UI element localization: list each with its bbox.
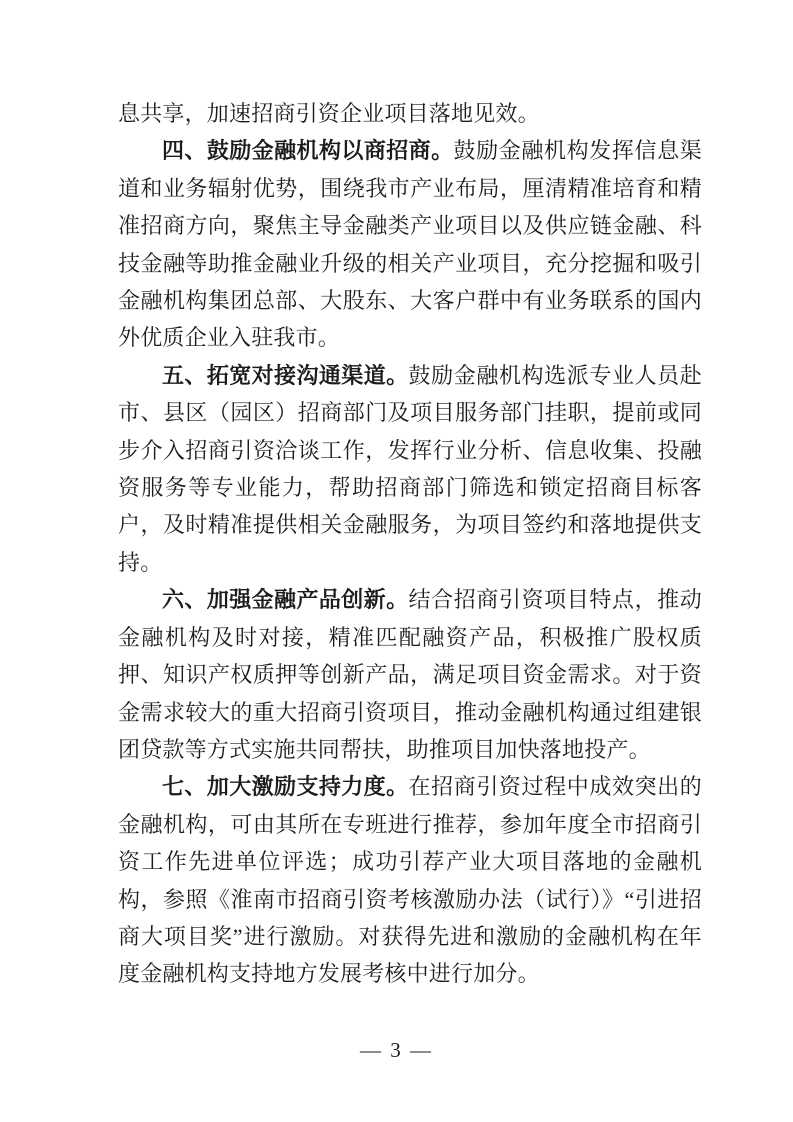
document-body: 息共享，加速招商引资企业项目落地见效。 四、鼓励金融机构以商招商。鼓励金融机构发… bbox=[118, 95, 702, 993]
section-6-heading: 六、加强金融产品创新。 bbox=[162, 587, 409, 612]
section-4-paragraph: 四、鼓励金融机构以商招商。鼓励金融机构发挥信息渠道和业务辐射优势，围绕我市产业布… bbox=[118, 132, 702, 356]
paragraph-continuation: 息共享，加速招商引资企业项目落地见效。 bbox=[118, 95, 702, 132]
continuation-text: 息共享，加速招商引资企业项目落地见效。 bbox=[118, 101, 540, 126]
section-5-body: 鼓励金融机构选派专业人员赴市、县区（园区）招商部门及项目服务部门挂职，提前或同步… bbox=[118, 363, 702, 575]
section-6-body: 结合招商引资项目特点，推动金融机构及时对接，精准匹配融资产品，积极推广股权质押、… bbox=[118, 587, 702, 762]
section-4-body: 鼓励金融机构发挥信息渠道和业务辐射优势，围绕我市产业布局，厘清精准培育和精准招商… bbox=[118, 138, 702, 350]
section-6-paragraph: 六、加强金融产品创新。结合招商引资项目特点，推动金融机构及时对接，精准匹配融资产… bbox=[118, 581, 702, 768]
section-5-paragraph: 五、拓宽对接沟通渠道。鼓励金融机构选派专业人员赴市、县区（园区）招商部门及项目服… bbox=[118, 357, 702, 581]
section-7-heading: 七、加大激励支持力度。 bbox=[162, 774, 409, 799]
section-5-heading: 五、拓宽对接沟通渠道。 bbox=[162, 363, 409, 388]
section-7-paragraph: 七、加大激励支持力度。在招商引资过程中成效突出的金融机构，可由其所在专班进行推荐… bbox=[118, 768, 702, 992]
section-4-heading: 四、鼓励金融机构以商招商。 bbox=[162, 138, 454, 163]
page-number: — 3 — bbox=[0, 1038, 793, 1063]
section-7-body: 在招商引资过程中成效突出的金融机构，可由其所在专班进行推荐，参加年度全市招商引资… bbox=[118, 774, 702, 986]
document-page: 息共享，加速招商引资企业项目落地见效。 四、鼓励金融机构以商招商。鼓励金融机构发… bbox=[0, 0, 793, 1122]
